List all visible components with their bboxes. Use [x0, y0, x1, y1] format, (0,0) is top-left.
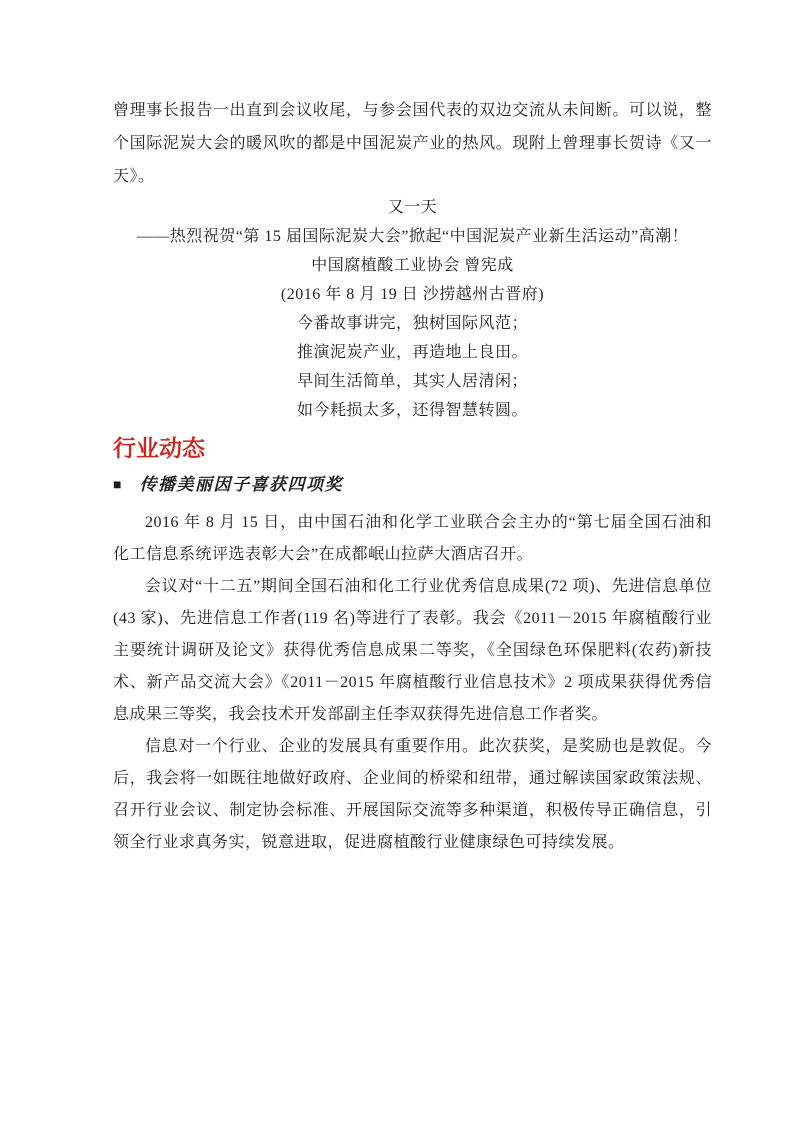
- article-body: 2016 年 8 月 15 日，由中国石油和化学工业联合会主办的“第七届全国石油…: [113, 507, 712, 859]
- poem-dateline: (2016 年 8 月 19 日 沙捞越州古晋府): [113, 280, 712, 309]
- poem-block: 又一天 ——热烈祝贺“第 15 届国际泥炭大会”掀起“中国泥炭产业新生活运动”高…: [113, 193, 712, 425]
- section-heading: 行业动态: [113, 431, 712, 465]
- document-page: 曾理事长报告一出直到会议收尾，与参会国代表的双边交流从未间断。可以说，整个国际泥…: [0, 0, 799, 1131]
- poem-line: 推演泥炭产业，再造地上良田。: [113, 338, 712, 367]
- article-paragraph: 2016 年 8 月 15 日，由中国石油和化学工业联合会主办的“第七届全国石油…: [113, 507, 712, 571]
- square-bullet-icon: ■: [113, 474, 121, 498]
- article-paragraph: 会议对“十二五”期间全国石油和化工行业优秀信息成果(72 项)、先进信息单位(4…: [113, 571, 712, 731]
- article-title: ■传播美丽因子喜获四项奖: [113, 473, 712, 499]
- poem-line: 今番故事讲完，独树国际风范；: [113, 309, 712, 338]
- poem-dedication: ——热烈祝贺“第 15 届国际泥炭大会”掀起“中国泥炭产业新生活运动”高潮！: [113, 222, 712, 251]
- poem-author: 中国腐植酸工业协会 曾宪成: [113, 251, 712, 280]
- poem-title: 又一天: [113, 193, 712, 222]
- poem-line: 如今耗损太多，还得智慧转圆。: [113, 396, 712, 425]
- article-title-text: 传播美丽因子喜获四项奖: [139, 475, 343, 494]
- intro-paragraph: 曾理事长报告一出直到会议收尾，与参会国代表的双边交流从未间断。可以说，整个国际泥…: [113, 94, 712, 193]
- article-paragraph: 信息对一个行业、企业的发展具有重要作用。此次获奖，是奖励也是敦促。今后，我会将一…: [113, 731, 712, 859]
- poem-line: 早间生活简单，其实人居清闲；: [113, 367, 712, 396]
- page-content: 曾理事长报告一出直到会议收尾，与参会国代表的双边交流从未间断。可以说，整个国际泥…: [113, 94, 712, 859]
